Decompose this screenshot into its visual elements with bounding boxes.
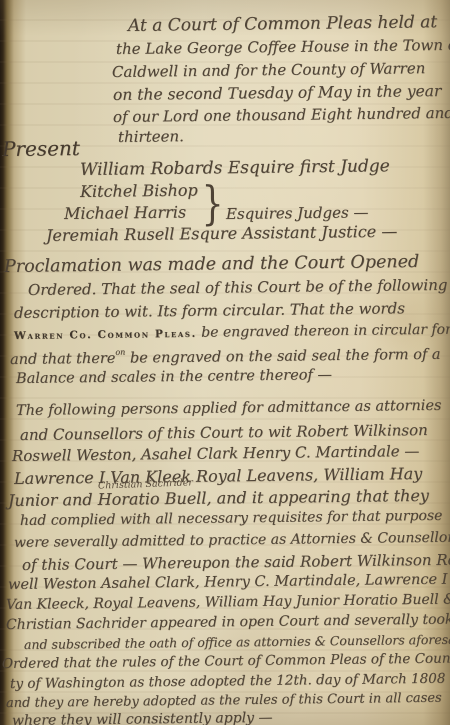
- manuscript-line: Kitchel Bishop: [80, 181, 198, 201]
- engrave-pre: and that there: [10, 351, 116, 368]
- manuscript-line: and Counsellors of this Court to wit Rob…: [20, 421, 428, 444]
- manuscript-line: Junior and Horatio Buell, and it appeari…: [8, 486, 429, 510]
- manuscript-line: were severally admitted to practice as A…: [14, 530, 450, 551]
- manuscript-line: Proclamation was made and the Court Open…: [4, 252, 419, 277]
- manuscript-line: Michael Harris: [64, 203, 186, 223]
- seal-inscription: Warren Co. Common Pleas.: [14, 328, 197, 342]
- manuscript-line: ty of Washington as those adopted the 12…: [10, 670, 450, 692]
- manuscript-line: Van Kleeck, Royal Leavens, William Hay J…: [6, 592, 450, 613]
- manuscript-page: At a Court of Common Pleas held at the L…: [0, 0, 450, 725]
- manuscript-line: Lawrence I Van Kleek Royal Leavens, Will…: [14, 464, 422, 488]
- manuscript-line: and subscribed the oath of office as att…: [24, 632, 450, 652]
- manuscript-line: Ordered that the rules of the Court of C…: [2, 651, 450, 672]
- manuscript-line: well Weston Asahel Clark, Henry C. Marti…: [8, 572, 448, 593]
- manuscript-line: Christian Sachrider appeared in open Cou…: [6, 612, 450, 633]
- manuscript-line: of this Court — Whereupon the said Rober…: [22, 551, 450, 574]
- manuscript-line: thirteen.: [118, 127, 184, 146]
- manuscript-line: Roswell Weston, Asahel Clark Henry C. Ma…: [12, 442, 420, 465]
- manuscript-line: The following persons applied for admitt…: [16, 398, 442, 419]
- engrave-post: be engraved on the said seal the form of…: [125, 347, 440, 367]
- judges-brace: }: [202, 176, 224, 230]
- manuscript-line: Caldwell in and for the County of Warren: [112, 59, 426, 81]
- manuscript-line: description to wit. Its form circular. T…: [14, 299, 405, 322]
- seal-line-rest: be engraved thereon in circular form —: [197, 321, 450, 341]
- present-label: Present: [2, 136, 80, 161]
- manuscript-line: had complied with all necessary requisit…: [20, 508, 443, 529]
- manuscript-line: and that thereon be engraved on the said…: [10, 344, 441, 368]
- manuscript-line: At a Court of Common Pleas held at: [128, 12, 437, 36]
- manuscript-line: Esquires Judges —: [226, 203, 369, 223]
- manuscript-line: on the second Tuesday of May in the year: [113, 82, 442, 104]
- manuscript-line: of our Lord one thousand Eight hundred a…: [113, 104, 450, 126]
- manuscript-line: William Robards Esquire first Judge: [80, 156, 390, 180]
- interlined-word: on: [115, 348, 125, 357]
- manuscript-line: Jeremiah Rusell Esqure Assistant Justice…: [46, 222, 398, 245]
- manuscript-line: Ordered. That the seal of this Court be …: [28, 276, 448, 299]
- manuscript-line: where they will consistently apply —: [12, 710, 273, 725]
- manuscript-line: the Lake George Coffee House in the Town…: [116, 36, 450, 58]
- manuscript-line: Warren Co. Common Pleas. be engraved the…: [14, 321, 450, 343]
- manuscript-line: Balance and scales in the centre thereof…: [16, 367, 332, 387]
- manuscript-line: and they are hereby adopted as the rules…: [6, 691, 442, 711]
